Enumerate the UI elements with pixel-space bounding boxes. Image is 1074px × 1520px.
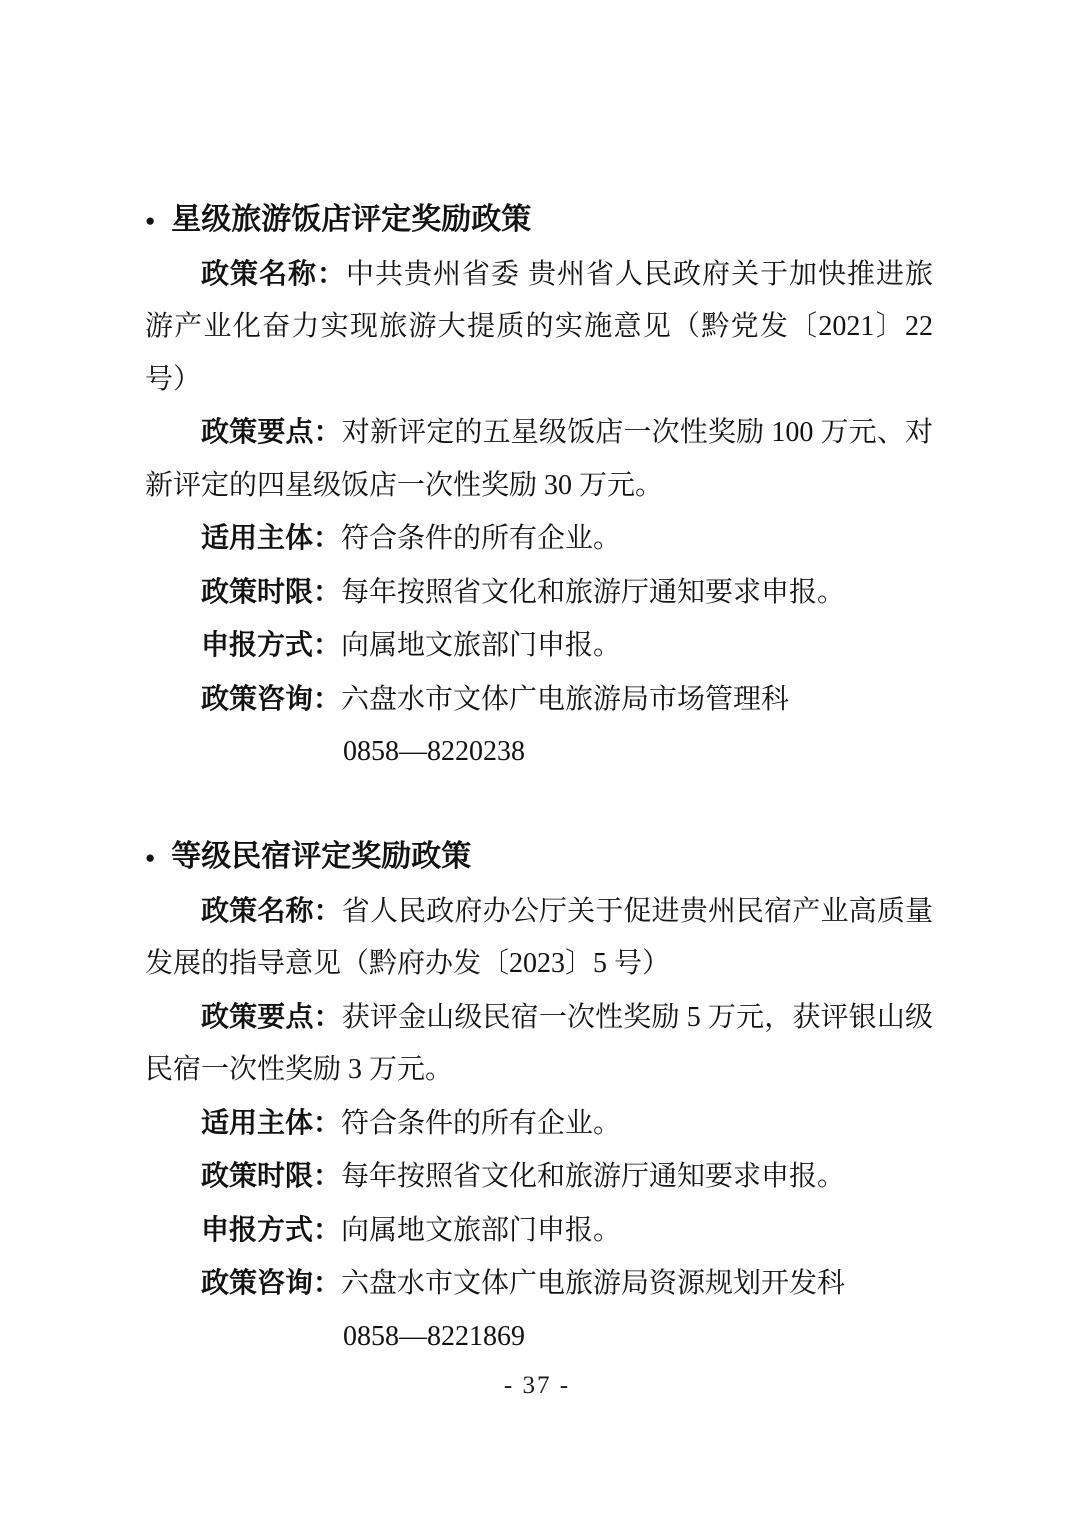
field-text: 对新评定的五星级饭店一次性奖励 100 万元、对 (342, 417, 933, 448)
applicable-entity-line: 适用主体：符合条件的所有企业。 (145, 1097, 933, 1151)
field-text: 六盘水市文体广电旅游局市场管理科 (341, 684, 789, 715)
consultation-phone: 0858—8221869 (145, 1311, 933, 1364)
field-text: 每年按照省文化和旅游厅通知要求申报。 (341, 1161, 845, 1192)
field-text: 号） (145, 364, 201, 395)
policy-name-line-1: 政策名称：中共贵州省委 贵州省人民政府关于加快推进旅 (145, 248, 933, 302)
section-heading: ●星级旅游饭店评定奖励政策 (145, 194, 933, 248)
section-heading: ●等级民宿评定奖励政策 (145, 831, 933, 885)
field-label: 政策名称： (201, 895, 342, 926)
phone-number: 0858—8221869 (343, 1321, 525, 1352)
policy-deadline-line: 政策时限：每年按照省文化和旅游厅通知要求申报。 (145, 1150, 933, 1204)
field-label: 政策咨询： (201, 1267, 341, 1298)
field-text: 省人民政府办公厅关于促进贵州民宿产业高质量 (342, 896, 933, 927)
phone-number: 0858—8220238 (343, 736, 525, 767)
section-heading-text: 等级民宿评定奖励政策 (171, 840, 471, 873)
policy-name-line-1: 政策名称：省人民政府办公厅关于促进贵州民宿产业高质量 (145, 885, 933, 939)
bullet-icon: ● (145, 195, 155, 248)
field-label: 申报方式： (201, 1214, 341, 1245)
policy-points-line-2: 新评定的四星级饭店一次性奖励 30 万元。 (145, 460, 933, 513)
field-label: 政策时限： (201, 576, 341, 607)
field-label: 政策要点： (201, 416, 342, 447)
bullet-icon: ● (145, 832, 155, 885)
field-label: 申报方式： (201, 629, 341, 660)
field-text: 民宿一次性奖励 3 万元。 (145, 1054, 453, 1085)
policy-points-line-1: 政策要点：获评金山级民宿一次性奖励 5 万元，获评银山级 (145, 991, 933, 1045)
section-heading-text: 星级旅游饭店评定奖励政策 (171, 203, 531, 236)
field-label: 政策名称： (201, 258, 346, 289)
page-number: - 37 - (0, 1372, 1074, 1400)
field-label: 适用主体： (201, 1107, 341, 1138)
policy-name-line-3: 号） (145, 354, 933, 407)
field-text: 向属地文旅部门申报。 (341, 1215, 621, 1246)
document-page: ●星级旅游饭店评定奖励政策 政策名称：中共贵州省委 贵州省人民政府关于加快推进旅… (0, 0, 1074, 1520)
section-homestay-policy: ●等级民宿评定奖励政策 政策名称：省人民政府办公厅关于促进贵州民宿产业高质量 发… (145, 831, 933, 1363)
policy-consultation-line: 政策咨询：六盘水市文体广电旅游局资源规划开发科 (145, 1257, 933, 1311)
field-label: 政策时限： (201, 1160, 341, 1191)
applicable-entity-line: 适用主体：符合条件的所有企业。 (145, 512, 933, 566)
application-method-line: 申报方式：向属地文旅部门申报。 (145, 1204, 933, 1258)
policy-name-line-2: 游产业化奋力实现旅游大提质的实施意见（黔党发〔2021〕22 (145, 301, 933, 354)
field-text: 每年按照省文化和旅游厅通知要求申报。 (341, 577, 845, 608)
field-text: 符合条件的所有企业。 (341, 523, 621, 554)
field-text: 新评定的四星级饭店一次性奖励 30 万元。 (145, 470, 663, 501)
field-text: 六盘水市文体广电旅游局资源规划开发科 (341, 1268, 845, 1299)
field-text: 向属地文旅部门申报。 (341, 630, 621, 661)
policy-points-line-2: 民宿一次性奖励 3 万元。 (145, 1044, 933, 1097)
document-content: ●星级旅游饭店评定奖励政策 政策名称：中共贵州省委 贵州省人民政府关于加快推进旅… (145, 194, 933, 1363)
field-text: 中共贵州省委 贵州省人民政府关于加快推进旅 (346, 259, 933, 290)
policy-name-line-2: 发展的指导意见（黔府办发〔2023〕5 号） (145, 938, 933, 991)
field-label: 政策咨询： (201, 683, 341, 714)
section-star-hotel-policy: ●星级旅游饭店评定奖励政策 政策名称：中共贵州省委 贵州省人民政府关于加快推进旅… (145, 194, 933, 779)
field-text: 发展的指导意见（黔府办发〔2023〕5 号） (145, 948, 670, 979)
field-label: 适用主体： (201, 522, 341, 553)
field-label: 政策要点： (201, 1001, 342, 1032)
policy-points-line-1: 政策要点：对新评定的五星级饭店一次性奖励 100 万元、对 (145, 406, 933, 460)
policy-deadline-line: 政策时限：每年按照省文化和旅游厅通知要求申报。 (145, 566, 933, 620)
field-text: 符合条件的所有企业。 (341, 1108, 621, 1139)
field-text: 游产业化奋力实现旅游大提质的实施意见（黔党发〔2021〕22 (145, 311, 933, 342)
consultation-phone: 0858—8220238 (145, 726, 933, 779)
policy-consultation-line: 政策咨询：六盘水市文体广电旅游局市场管理科 (145, 673, 933, 727)
application-method-line: 申报方式：向属地文旅部门申报。 (145, 619, 933, 673)
field-text: 获评金山级民宿一次性奖励 5 万元，获评银山级 (342, 1002, 933, 1033)
